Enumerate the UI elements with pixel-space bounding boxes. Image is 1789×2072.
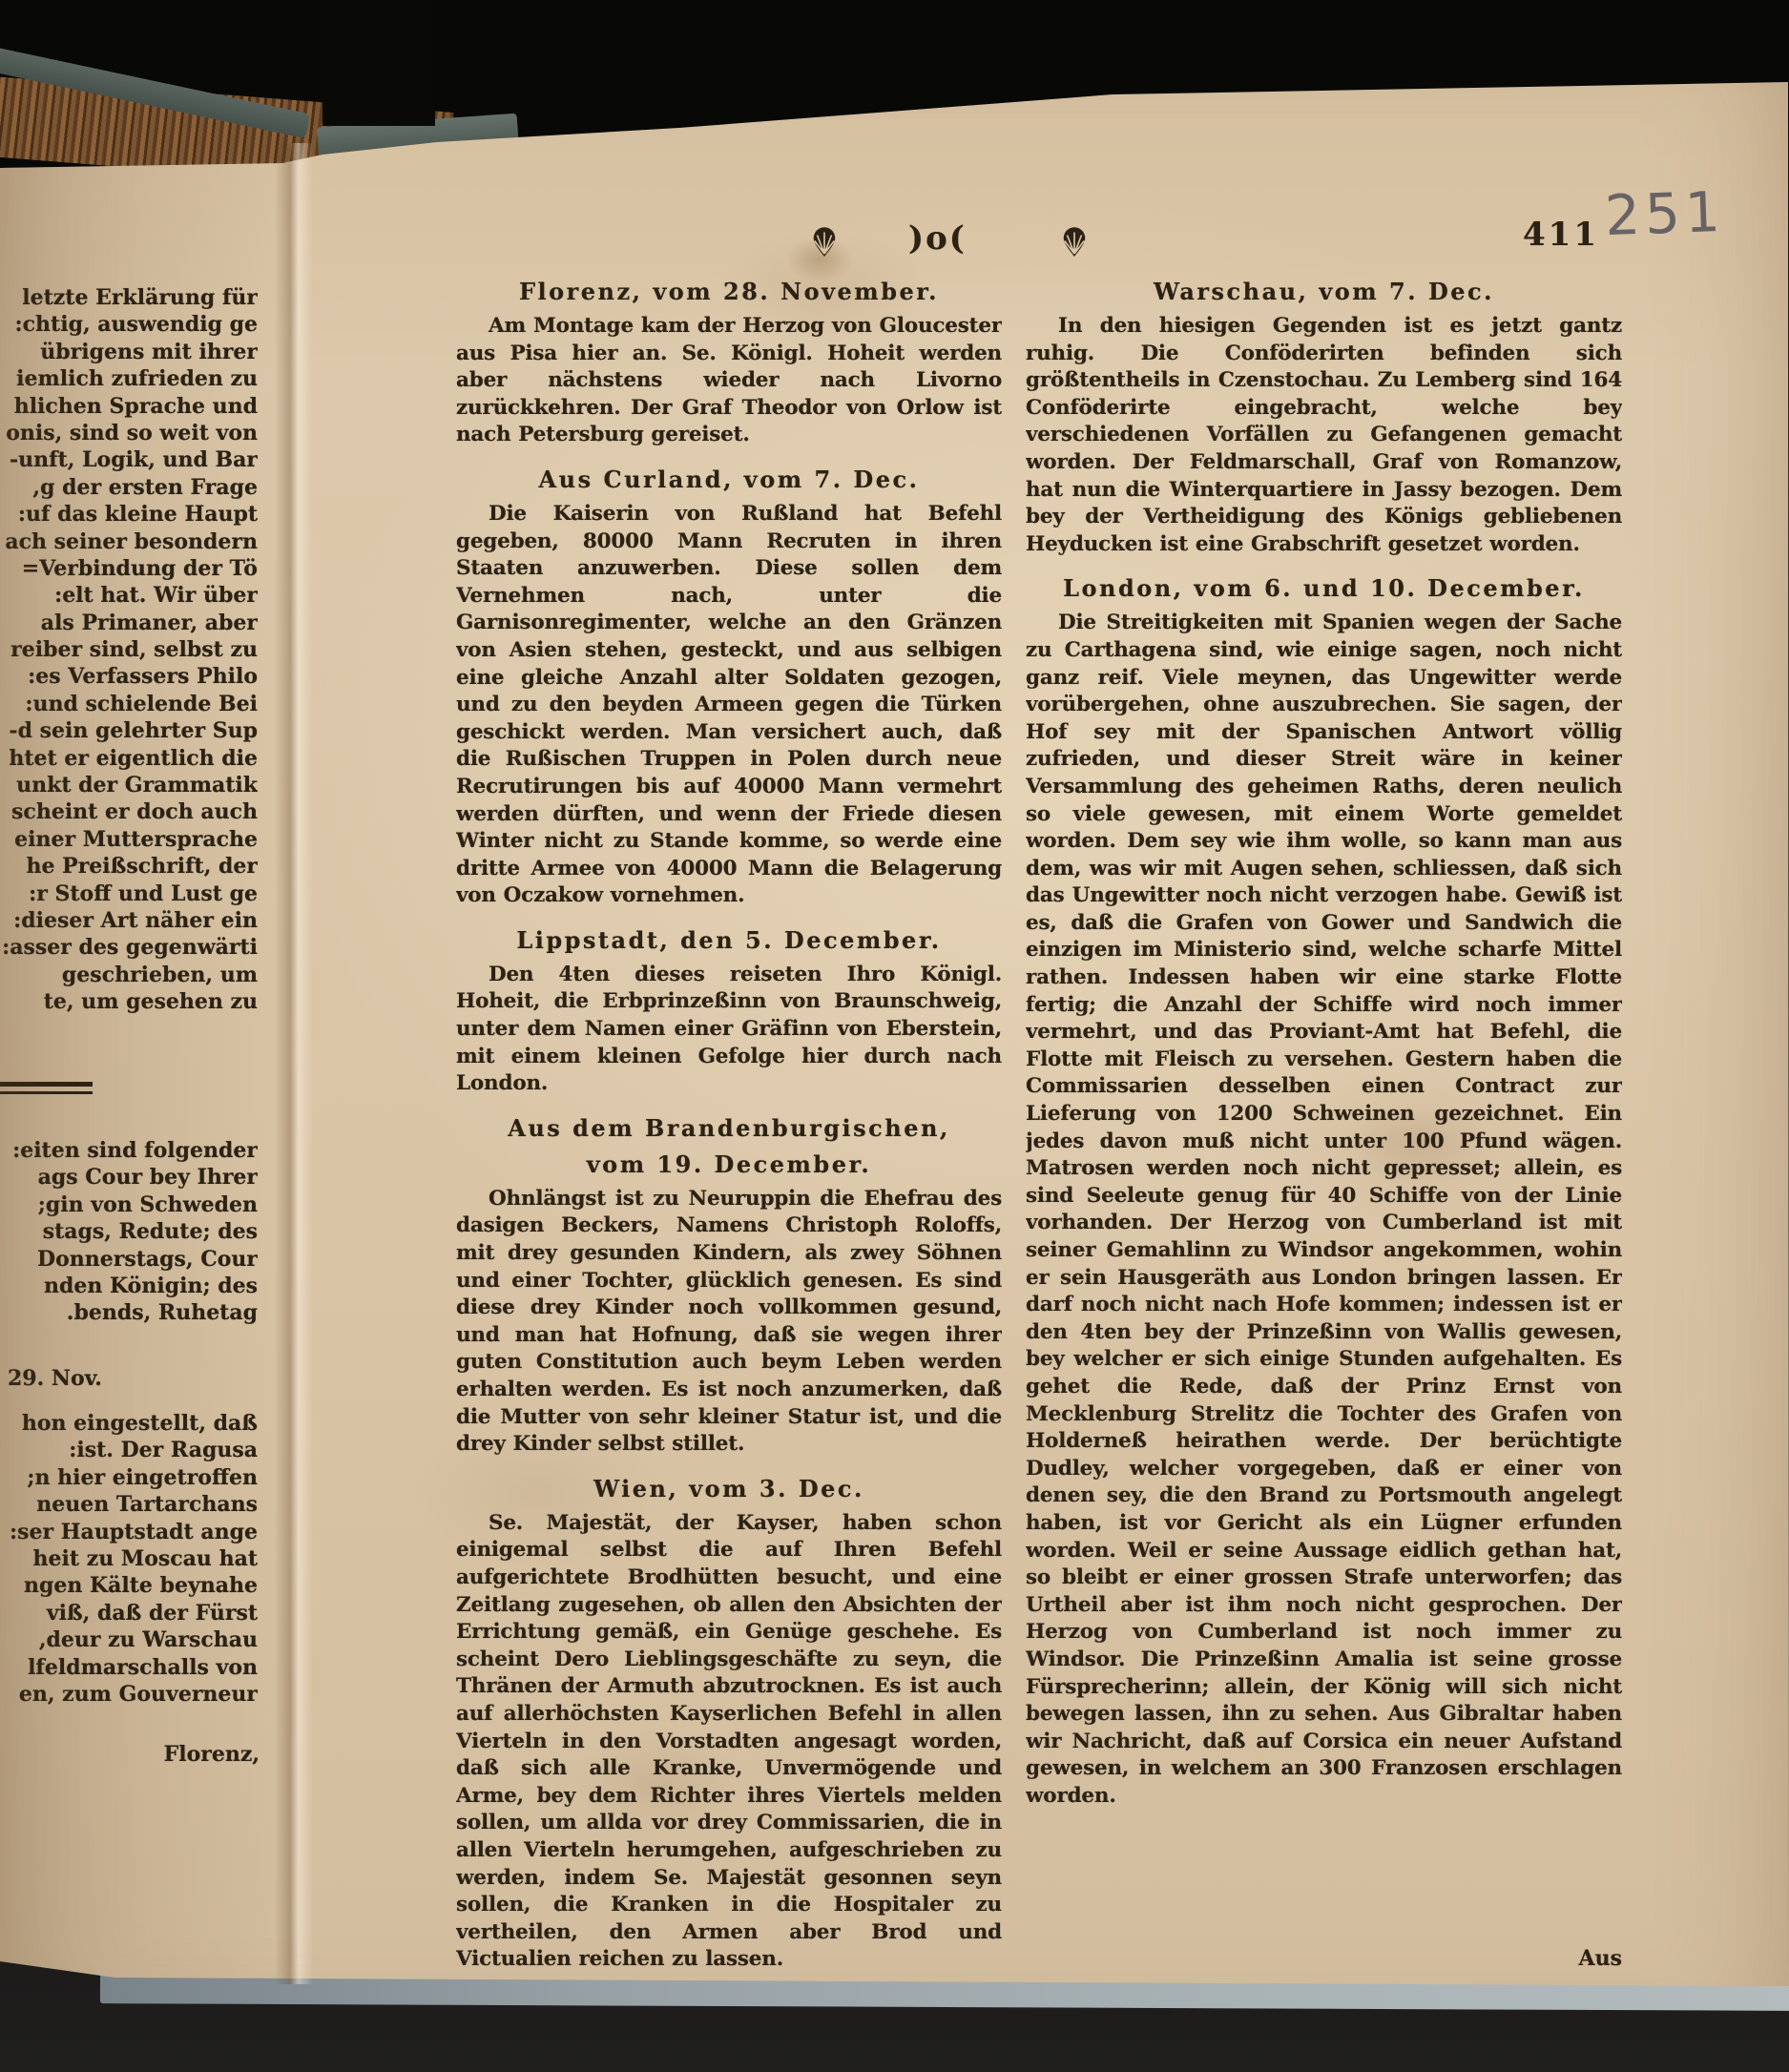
section-rule	[0, 1082, 93, 1094]
cutoff-text-line: Donnerstags, Cour	[0, 1246, 258, 1273]
cutoff-text-line: reiber sind, selbst zu	[0, 636, 258, 663]
handwritten-folio-number: 251	[1604, 179, 1726, 248]
catchword: Aus	[1026, 1946, 1622, 1971]
article-brandenburgischen: Aus dem Brandenburgischen, vom 19. Decem…	[456, 1113, 1002, 1459]
cutoff-text-line: dieser Art näher ein:	[0, 907, 258, 934]
cutoff-date-line: 29. Nov.	[8, 1366, 102, 1391]
article-heading: Wien, vom 3. Dec.	[456, 1474, 1002, 1504]
article-florenz: Florenz, vom 28. November. Am Montage ka…	[456, 277, 1002, 449]
article-body: In den hiesigen Gegenden ist es jetzt ga…	[1026, 313, 1622, 558]
cutoff-text-line: hlichen Sprache und	[0, 393, 258, 420]
cutoff-text-line: ser Hauptstadt ange:	[0, 1519, 258, 1545]
previous-page-fragment-top: letzte Erklärung fürchtig, auswendig ge:…	[0, 284, 258, 1016]
article-curland: Aus Curland, vom 7. Dec. Die Kaiserin vo…	[456, 465, 1002, 910]
cutoff-text-line: uf das kleine Haupt:	[0, 501, 258, 528]
cutoff-text-line: übrigens mit ihrer	[0, 339, 258, 365]
cutoff-text-line: einer Muttersprache	[0, 826, 258, 853]
cutoff-text-line: he Preißschrift, der	[0, 853, 258, 880]
cutoff-text-line: ngen Kälte beynahe	[0, 1572, 258, 1599]
cutoff-text-line: en, zum Gouverneur	[0, 1681, 258, 1708]
cutoff-text-line: und schielende Bei:	[0, 691, 258, 717]
cutoff-text-line: eiten sind folgender:	[0, 1137, 258, 1164]
previous-page-fragment-middle: eiten sind folgender:ags Cour bey Ihrerg…	[0, 1137, 258, 1327]
article-heading: Aus Curland, vom 7. Dec.	[456, 465, 1002, 495]
cutoff-text-line: bends, Ruhetag.	[0, 1299, 258, 1326]
shell-ornament-icon	[807, 225, 842, 259]
article-body: Die Kaiserin von Rußland hat Befehl gege…	[456, 501, 1002, 910]
cutoff-text-line: neuen Tartarchans	[0, 1491, 258, 1518]
article-warschau: Warschau, vom 7. Dec. In den hiesigen Ge…	[1026, 277, 1622, 558]
cutoff-text-line: te, um gesehen zu	[0, 988, 258, 1015]
cutoff-text-line: scheint er doch auch	[0, 798, 258, 825]
article-body: Den 4ten dieses reiseten Ihro Königl. Ho…	[456, 962, 1002, 1098]
cutoff-text-line: elt hat. Wir über:	[0, 582, 258, 609]
article-heading-line2: vom 19. December.	[456, 1150, 1002, 1180]
article-heading: Florenz, vom 28. November.	[456, 277, 1002, 307]
cutoff-text-line: iemlich zufrieden zu	[0, 365, 258, 392]
printed-page-number: 411	[1523, 216, 1599, 254]
cutoff-text-line: ist. Der Ragusa:	[0, 1437, 258, 1463]
cutoff-text-line: ach seiner besondern	[0, 528, 258, 555]
cutoff-text-line: nden Königin; des	[0, 1273, 258, 1299]
cutoff-text-line: r Stoff und Lust ge:	[0, 881, 258, 907]
scan-backdrop-block	[322, 0, 435, 126]
article-body: Ohnlängst ist zu Neuruppin die Ehefrau d…	[456, 1186, 1002, 1459]
previous-page-fragment-bottom: hon eingestellt, daßist. Der Ragusa:n hi…	[0, 1410, 258, 1708]
cutoff-text-line: geschrieben, um	[0, 962, 258, 988]
cutoff-text-line: es Verfassers Philo:	[0, 663, 258, 690]
cutoff-text-line: lfeldmarschalls von	[0, 1654, 258, 1681]
cutoff-text-line: g der ersten Frage,	[0, 474, 258, 501]
article-body: Se. Majestät, der Kayser, haben schon ei…	[456, 1510, 1002, 1974]
catchword: Florenz,	[0, 1742, 260, 1767]
article-wien: Wien, vom 3. Dec. Se. Majestät, der Kays…	[456, 1474, 1002, 1974]
cutoff-text-line: heit zu Moscau hat	[0, 1545, 258, 1572]
cutoff-text-line: asser des gegenwärti:	[0, 934, 258, 961]
shell-ornament-icon	[1057, 225, 1092, 259]
cutoff-text-line: viß, daß der Fürst	[0, 1600, 258, 1627]
cutoff-text-line: unkt der Grammatik	[0, 772, 258, 798]
cutoff-text-line: deur zu Warschau,	[0, 1627, 258, 1653]
cutoff-text-line: hon eingestellt, daß	[0, 1410, 258, 1437]
cutoff-text-line: letzte Erklärung für	[0, 284, 258, 311]
article-lippstadt: Lippstadt, den 5. December. Den 4ten die…	[456, 925, 1002, 1098]
cutoff-text-line: Verbindung der Tö=	[0, 555, 258, 582]
header-center-ornament: )o(	[908, 219, 967, 258]
cutoff-text-line: onis, sind so weit von	[0, 420, 258, 446]
article-london: London, vom 6. und 10. December. Die Str…	[1026, 573, 1622, 1810]
news-column-1: Florenz, vom 28. November. Am Montage ka…	[456, 277, 1002, 1984]
article-heading: Warschau, vom 7. Dec.	[1026, 277, 1622, 307]
cutoff-text-line: d sein gelehrter Sup-	[0, 717, 258, 744]
news-column-2: Warschau, vom 7. Dec. In den hiesigen Ge…	[1026, 277, 1622, 1984]
article-heading: Lippstadt, den 5. December.	[456, 925, 1002, 956]
cutoff-text-line: stags, Redute; des	[0, 1218, 258, 1245]
article-heading: London, vom 6. und 10. December.	[1026, 573, 1622, 604]
cutoff-text-line: ags Cour bey Ihrer	[0, 1164, 258, 1191]
article-body: Die Streitigkeiten mit Spanien wegen der…	[1026, 610, 1622, 1810]
article-body: Am Montage kam der Herzog von Gloucester…	[456, 313, 1002, 449]
cutoff-text-line: htet er eigentlich die	[0, 745, 258, 772]
scanned-book-page: )o( 411 251 letzte Erklärung fürchtig, a…	[0, 0, 1789, 2072]
cutoff-text-line: unft, Logik, und Bar-	[0, 446, 258, 473]
article-heading: Aus dem Brandenburgischen,	[456, 1113, 1002, 1144]
page-crease	[275, 143, 313, 1984]
cutoff-text-line: n hier eingetroffen;	[0, 1464, 258, 1491]
cutoff-text-line: gin von Schweden;	[0, 1191, 258, 1218]
cutoff-text-line: chtig, auswendig ge:	[0, 311, 258, 338]
cutoff-text-line: als Primaner, aber	[0, 610, 258, 636]
